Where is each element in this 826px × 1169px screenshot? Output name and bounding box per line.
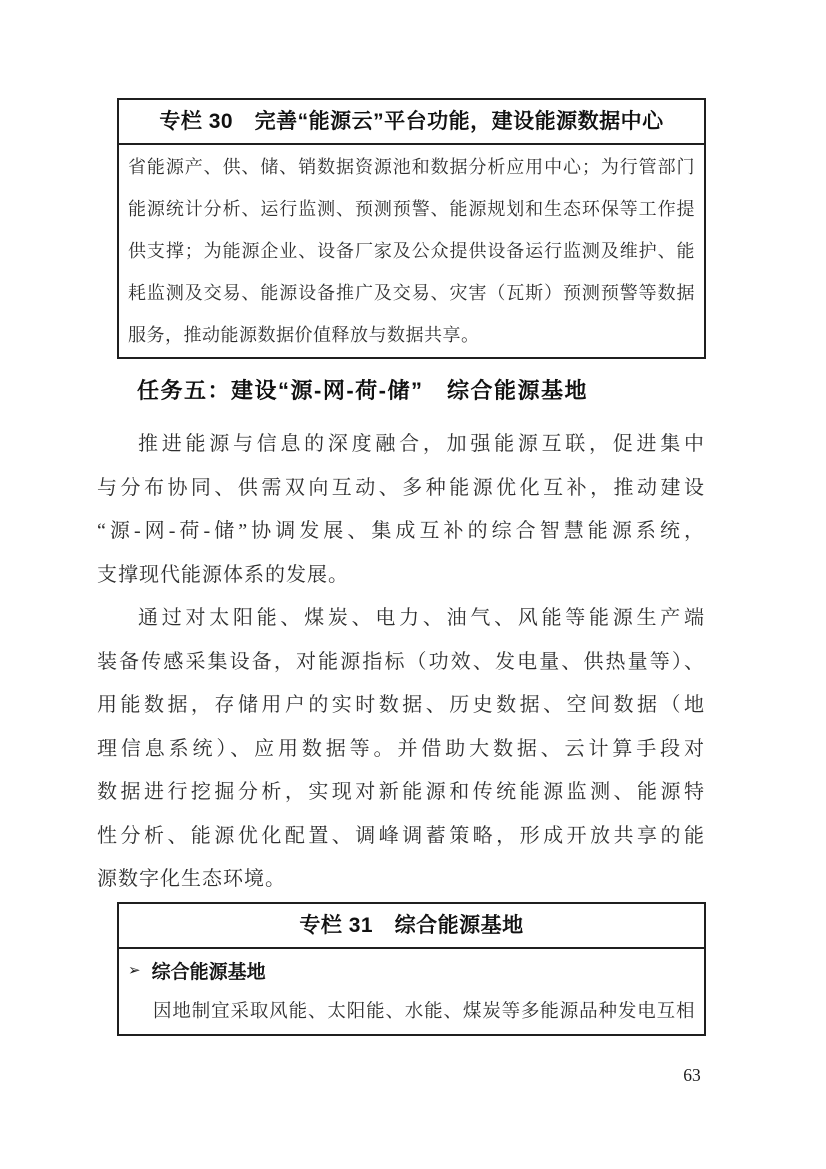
- paragraph-2-line-2: 装备传感采集设备，对能源指标（功效、发电量、供热量等）、: [97, 641, 705, 685]
- page: 专栏 30 完善“能源云”平台功能，建设能源数据中心 省能源产、供、储、销数据资…: [0, 0, 826, 1169]
- panel-30-title: 专栏 30 完善“能源云”平台功能，建设能源数据中心: [119, 100, 704, 145]
- scanned-document-page: { "document": { "box30": { "title": "专栏 …: [0, 0, 826, 1169]
- panel-30-line-2: 能源统计分析、运行监测、预测预警、能源规划和生态环保等工作提: [128, 188, 695, 230]
- panel-30-line-5: 服务，推动能源数据价值释放与数据共享。: [128, 314, 695, 356]
- paragraph-1-line-1: 推进能源与信息的深度融合，加强能源互联，促进集中: [97, 423, 705, 467]
- paragraph-1: 推进能源与信息的深度融合，加强能源互联，促进集中 与分布协同、供需双向互动、多种…: [97, 423, 705, 597]
- paragraph-1-line-2: 与分布协同、供需双向互动、多种能源优化互补，推动建设: [97, 467, 705, 511]
- page-number: 63: [670, 1065, 714, 1086]
- paragraph-1-line-4: 支撑现代能源体系的发展。: [97, 554, 705, 598]
- paragraph-2-line-5: 数据进行挖掘分析，实现对新能源和传统能源监测、能源特: [97, 771, 705, 815]
- panel-31-title: 专栏 31 综合能源基地: [119, 904, 704, 949]
- paragraph-1-line-3: “源-网-荷-储”协调发展、集成互补的综合智慧能源系统，: [97, 510, 705, 554]
- section-heading-task-five: 任务五：建设“源-网-荷-储” 综合能源基地: [97, 374, 717, 408]
- panel-column-30: 专栏 30 完善“能源云”平台功能，建设能源数据中心 省能源产、供、储、销数据资…: [117, 98, 706, 359]
- paragraph-2-line-1: 通过对太阳能、煤炭、电力、油气、风能等能源生产端: [97, 597, 705, 641]
- panel-31-bullet-label: 综合能源基地: [152, 957, 266, 984]
- paragraph-2-line-7: 源数字化生态环境。: [97, 858, 705, 902]
- panel-30-body: 省能源产、供、储、销数据资源池和数据分析应用中心；为行管部门 能源统计分析、运行…: [119, 145, 704, 356]
- panel-30-line-1: 省能源产、供、储、销数据资源池和数据分析应用中心；为行管部门: [128, 146, 695, 188]
- paragraph-2-line-4: 理信息系统）、应用数据等。并借助大数据、云计算手段对: [97, 728, 705, 772]
- paragraph-2-line-6: 性分析、能源优化配置、调峰调蓄策略，形成开放共享的能: [97, 815, 705, 859]
- paragraph-2: 通过对太阳能、煤炭、电力、油气、风能等能源生产端 装备传感采集设备，对能源指标（…: [97, 597, 705, 902]
- panel-31-line-1: 因地制宜采取风能、太阳能、水能、煤炭等多能源品种发电互相: [119, 995, 704, 1029]
- panel-31-bullet-item: ➢ 综合能源基地: [119, 957, 704, 983]
- panel-column-31: 专栏 31 综合能源基地 ➢ 综合能源基地 因地制宜采取风能、太阳能、水能、煤炭…: [117, 902, 706, 1036]
- panel-30-line-4: 耗监测及交易、能源设备推广及交易、灾害（瓦斯）预测预警等数据: [128, 272, 695, 314]
- panel-30-line-3: 供支撑；为能源企业、设备厂家及公众提供设备运行监测及维护、能: [128, 230, 695, 272]
- paragraph-2-line-3: 用能数据，存储用户的实时数据、历史数据、空间数据（地: [97, 684, 705, 728]
- arrow-bullet-icon: ➢: [128, 963, 141, 978]
